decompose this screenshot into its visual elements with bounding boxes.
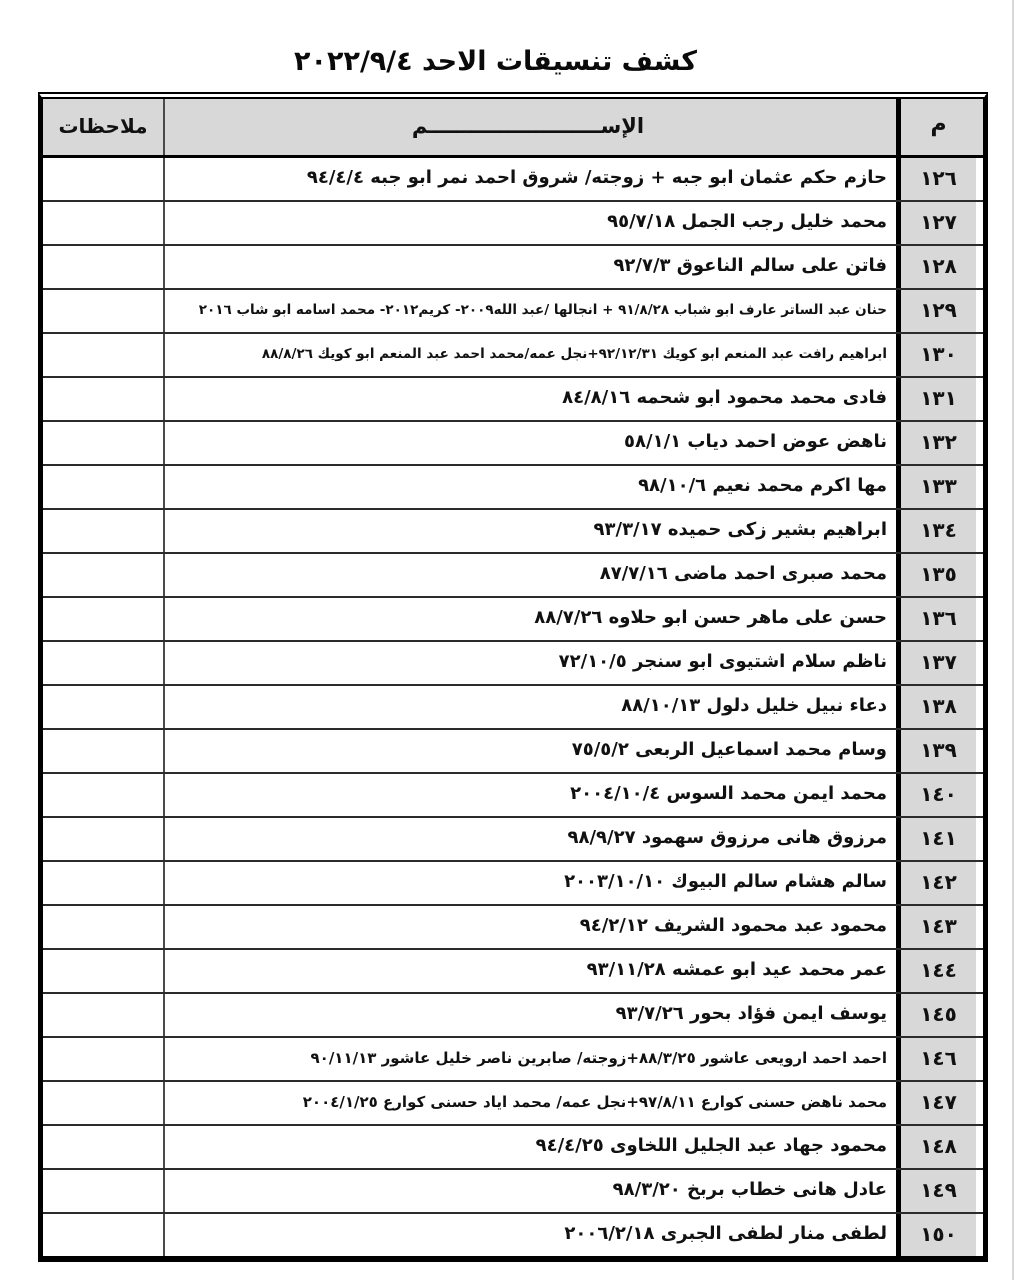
name-cell: ابراهيم بشير زكى حميده ٩٣/٣/١٧ [165,510,896,552]
name-cell: عادل هانى خطاب بربخ ٩٨/٣/٢٠ [165,1170,896,1212]
row-number-cell: ١٤٣ [896,906,976,948]
table-row: ناهض عوض احمد دياب ٥٨/١/١١٣٢ [43,420,983,464]
row-number-cell: ١٣٣ [896,466,976,508]
name-cell: فادى محمد محمود ابو شحمه ٨٤/٨/١٦ [165,378,896,420]
name-cell: سالم هشام سالم البيوك ٢٠٠٣/١٠/١٠ [165,862,896,904]
notes-cell [43,202,165,244]
table-row: ناظم سلام اشتيوى ابو سنجر ٧٢/١٠/٥١٣٧ [43,640,983,684]
notes-cell [43,466,165,508]
name-cell: حسن على ماهر حسن ابو حلاوه ٨٨/٧/٢٦ [165,598,896,640]
notes-cell [43,642,165,684]
table-row: ابراهيم بشير زكى حميده ٩٣/٣/١٧١٣٤ [43,508,983,552]
name-cell: ناظم سلام اشتيوى ابو سنجر ٧٢/١٠/٥ [165,642,896,684]
table-row: محمد ناهض حسنى كوارع ٩٧/٨/١١+نجل عمه/ مح… [43,1080,983,1124]
name-cell: لطفى منار لطفى الجبرى ٢٠٠٦/٢/١٨ [165,1214,896,1256]
name-cell: يوسف ايمن فؤاد بحور ٩٣/٧/٢٦ [165,994,896,1036]
table-row: عادل هانى خطاب بربخ ٩٨/٣/٢٠١٤٩ [43,1168,983,1212]
notes-cell [43,422,165,464]
row-number-cell: ١٤٨ [896,1126,976,1168]
name-cell: محمود جهاد عبد الجليل اللخاوى ٩٤/٤/٢٥ [165,1126,896,1168]
notes-cell [43,994,165,1036]
name-cell: محمد ايمن محمد السوس ٢٠٠٤/١٠/٤ [165,774,896,816]
table-row: يوسف ايمن فؤاد بحور ٩٣/٧/٢٦١٤٥ [43,992,983,1036]
notes-cell [43,818,165,860]
notes-cell [43,950,165,992]
name-cell: حازم حكم عثمان ابو جبه + زوجته/ شروق احم… [165,158,896,200]
row-number-cell: ١٤٥ [896,994,976,1036]
row-number-cell: ١٣١ [896,378,976,420]
notes-cell [43,686,165,728]
table-row: سالم هشام سالم البيوك ٢٠٠٣/١٠/١٠١٤٢ [43,860,983,904]
row-number-cell: ١٤٢ [896,862,976,904]
notes-cell [43,598,165,640]
name-cell: فاتن على سالم الناعوق ٩٢/٧/٣ [165,246,896,288]
notes-cell [43,1082,165,1124]
row-number-cell: ١٤٩ [896,1170,976,1212]
name-cell: ابراهيم رافت عبد المنعم ابو كويك ٩٢/١٢/٣… [165,334,896,376]
notes-cell [43,1038,165,1080]
table-row: محمد صبرى احمد ماضى ٨٧/٧/١٦١٣٥ [43,552,983,596]
row-number-cell: ١٥٠ [896,1214,976,1256]
row-number-cell: ١٢٨ [896,246,976,288]
row-number-cell: ١٣٦ [896,598,976,640]
notes-cell [43,730,165,772]
name-cell: حنان عبد الساتر عارف ابو شباب ٩١/٨/٢٨ + … [165,290,896,332]
row-number-cell: ١٤١ [896,818,976,860]
row-number-cell: ١٣٥ [896,554,976,596]
page-title: كشف تنسيقات الاحد ٢٠٢٢/٩/٤ [0,46,991,77]
name-cell: ناهض عوض احمد دياب ٥٨/١/١ [165,422,896,464]
notes-cell [43,158,165,200]
name-cell: محمد ناهض حسنى كوارع ٩٧/٨/١١+نجل عمه/ مح… [165,1082,896,1124]
header-notes: ملاحظات [43,99,165,155]
scan-page-edge [1012,0,1014,1280]
table-row: ابراهيم رافت عبد المنعم ابو كويك ٩٢/١٢/٣… [43,332,983,376]
notes-cell [43,554,165,596]
table-row: دعاء نبيل خليل دلول ٨٨/١٠/١٣١٣٨ [43,684,983,728]
name-cell: مها اكرم محمد نعيم ٩٨/١٠/٦ [165,466,896,508]
table-row: حازم حكم عثمان ابو جبه + زوجته/ شروق احم… [43,158,983,200]
row-number-cell: ١٢٩ [896,290,976,332]
name-cell: عمر محمد عيد ابو عمشه ٩٣/١١/٢٨ [165,950,896,992]
name-cell: مرزوق هانى مرزوق سهمود ٩٨/٩/٢٧ [165,818,896,860]
table-row: محمود جهاد عبد الجليل اللخاوى ٩٤/٤/٢٥١٤٨ [43,1124,983,1168]
table-row: حسن على ماهر حسن ابو حلاوه ٨٨/٧/٢٦١٣٦ [43,596,983,640]
row-number-cell: ١٤٦ [896,1038,976,1080]
name-cell: محمد صبرى احمد ماضى ٨٧/٧/١٦ [165,554,896,596]
table-row: فاتن على سالم الناعوق ٩٢/٧/٣١٢٨ [43,244,983,288]
table-row: فادى محمد محمود ابو شحمه ٨٤/٨/١٦١٣١ [43,376,983,420]
notes-cell [43,906,165,948]
notes-cell [43,334,165,376]
row-number-cell: ١٣٧ [896,642,976,684]
name-cell: وسام محمد اسماعيل الربعى ٧٥/٥/٢ [165,730,896,772]
notes-cell [43,1214,165,1256]
header-name: الإســــــــــــــــــــــــم [165,99,896,155]
row-number-cell: ١٣٢ [896,422,976,464]
table-row: لطفى منار لطفى الجبرى ٢٠٠٦/٢/١٨١٥٠ [43,1212,983,1256]
table-row: حنان عبد الساتر عارف ابو شباب ٩١/٨/٢٨ + … [43,288,983,332]
notes-cell [43,1126,165,1168]
coordination-table: ملاحظات الإســــــــــــــــــــــــم م … [38,92,988,1262]
row-number-cell: ١٢٦ [896,158,976,200]
notes-cell [43,290,165,332]
notes-cell [43,862,165,904]
notes-cell [43,774,165,816]
notes-cell [43,1170,165,1212]
table-row: وسام محمد اسماعيل الربعى ٧٥/٥/٢١٣٩ [43,728,983,772]
name-cell: احمد احمد ارويعى عاشور ٨٨/٣/٢٥+زوجته/ صا… [165,1038,896,1080]
table-row: محمد خليل رجب الجمل ٩٥/٧/١٨١٢٧ [43,200,983,244]
row-number-cell: ١٤٧ [896,1082,976,1124]
table-row: عمر محمد عيد ابو عمشه ٩٣/١١/٢٨١٤٤ [43,948,983,992]
row-number-cell: ١٣٨ [896,686,976,728]
row-number-cell: ١٤٤ [896,950,976,992]
table-row: مها اكرم محمد نعيم ٩٨/١٠/٦١٣٣ [43,464,983,508]
row-number-cell: ١٤٠ [896,774,976,816]
table-row: محمد ايمن محمد السوس ٢٠٠٤/١٠/٤١٤٠ [43,772,983,816]
name-cell: محمود عبد محمود الشريف ٩٤/٢/١٢ [165,906,896,948]
table-header-row: ملاحظات الإســــــــــــــــــــــــم م [43,99,983,158]
table-row: مرزوق هانى مرزوق سهمود ٩٨/٩/٢٧١٤١ [43,816,983,860]
name-cell: دعاء نبيل خليل دلول ٨٨/١٠/١٣ [165,686,896,728]
notes-cell [43,510,165,552]
table-row: احمد احمد ارويعى عاشور ٨٨/٣/٢٥+زوجته/ صا… [43,1036,983,1080]
row-number-cell: ١٣٩ [896,730,976,772]
table-body: حازم حكم عثمان ابو جبه + زوجته/ شروق احم… [43,158,983,1256]
name-cell: محمد خليل رجب الجمل ٩٥/٧/١٨ [165,202,896,244]
header-number: م [896,99,976,155]
row-number-cell: ١٢٧ [896,202,976,244]
row-number-cell: ١٣٤ [896,510,976,552]
table-row: محمود عبد محمود الشريف ٩٤/٢/١٢١٤٣ [43,904,983,948]
row-number-cell: ١٣٠ [896,334,976,376]
notes-cell [43,378,165,420]
notes-cell [43,246,165,288]
